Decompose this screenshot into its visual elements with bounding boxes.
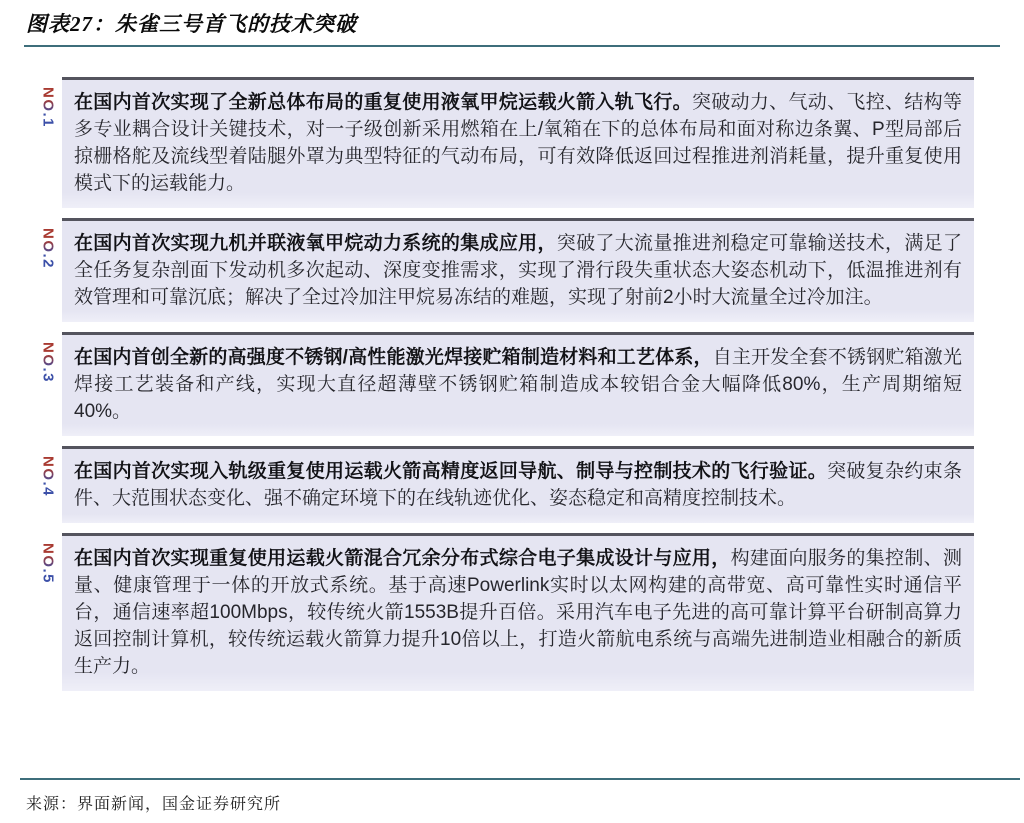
breakthrough-5-lead: 在国内首次实现重复使用运载火箭混合冗余分布式综合电子集成设计与应用，	[74, 548, 731, 569]
no-badge-column: NO.1	[34, 77, 62, 208]
breakthrough-box-4: 在国内首次实现入轨级重复使用运载火箭高精度返回导航、制导与控制技术的飞行验证。突…	[62, 446, 974, 523]
report-figure-page: 图表27：朱雀三号首飞的技术突破 NO.1 在国内首次实现了全新总体布局的重复使…	[0, 0, 1024, 823]
breakthrough-box-2: 在国内首次实现九机并联液氧甲烷动力系统的集成应用，突破了大流量推进剂稳定可靠输送…	[62, 218, 974, 322]
breakthrough-box-1: 在国内首次实现了全新总体布局的重复使用液氧甲烷运载火箭入轨飞行。突破动力、气动、…	[62, 77, 974, 208]
no-badge-column: NO.4	[34, 446, 62, 523]
no-3-badge: NO.3	[40, 342, 57, 383]
no-1-badge: NO.1	[40, 87, 57, 128]
breakthrough-2-lead: 在国内首次实现九机并联液氧甲烷动力系统的集成应用，	[74, 233, 557, 254]
breakthrough-3-lead: 在国内首创全新的高强度不锈钢/高性能激光焊接贮箱制造材料和工艺体系，	[74, 347, 713, 368]
no-4-badge: NO.4	[40, 456, 57, 497]
no-2-badge: NO.2	[40, 228, 57, 269]
breakthrough-row-1: NO.1 在国内首次实现了全新总体布局的重复使用液氧甲烷运载火箭入轨飞行。突破动…	[34, 77, 974, 208]
breakthrough-row-2: NO.2 在国内首次实现九机并联液氧甲烷动力系统的集成应用，突破了大流量推进剂稳…	[34, 218, 974, 322]
breakthrough-row-3: NO.3 在国内首创全新的高强度不锈钢/高性能激光焊接贮箱制造材料和工艺体系，自…	[34, 332, 974, 436]
no-badge-column: NO.3	[34, 332, 62, 436]
footer-rule	[20, 778, 1020, 780]
figure-title: 图表27：朱雀三号首飞的技术突破	[24, 8, 1000, 38]
breakthrough-box-3: 在国内首创全新的高强度不锈钢/高性能激光焊接贮箱制造材料和工艺体系，自主开发全套…	[62, 332, 974, 436]
figure-footer: 来源：界面新闻，国金证券研究所	[20, 778, 1020, 814]
source-line: 来源：界面新闻，国金证券研究所	[20, 791, 1020, 814]
breakthrough-row-5: NO.5 在国内首次实现重复使用运载火箭混合冗余分布式综合电子集成设计与应用，构…	[34, 533, 974, 691]
title-underline	[24, 45, 1000, 47]
breakthrough-1-lead: 在国内首次实现了全新总体布局的重复使用液氧甲烷运载火箭入轨飞行。	[74, 92, 692, 113]
breakthrough-4-lead: 在国内首次实现入轨级重复使用运载火箭高精度返回导航、制导与控制技术的飞行验证。	[74, 461, 827, 482]
no-badge-column: NO.5	[34, 533, 62, 691]
no-5-badge: NO.5	[40, 543, 57, 584]
no-badge-column: NO.2	[34, 218, 62, 322]
breakthrough-list: NO.1 在国内首次实现了全新总体布局的重复使用液氧甲烷运载火箭入轨飞行。突破动…	[24, 77, 1000, 691]
figure-header: 图表27：朱雀三号首飞的技术突破	[24, 8, 1000, 47]
breakthrough-box-5: 在国内首次实现重复使用运载火箭混合冗余分布式综合电子集成设计与应用，构建面向服务…	[62, 533, 974, 691]
breakthrough-row-4: NO.4 在国内首次实现入轨级重复使用运载火箭高精度返回导航、制导与控制技术的飞…	[34, 446, 974, 523]
